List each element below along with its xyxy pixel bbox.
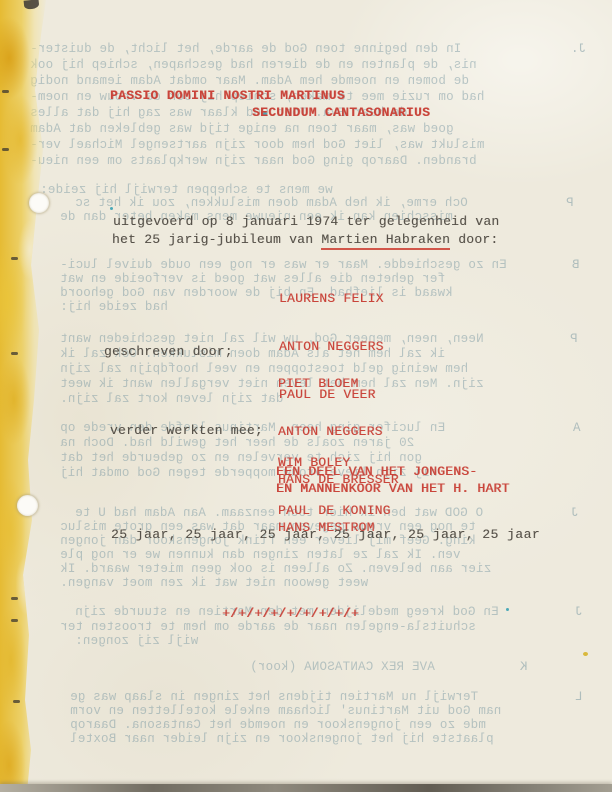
bleedthrough-line: goed was, maar toen na enige tijd was ge… <box>30 122 454 136</box>
bleedthrough-margin-letter: P <box>570 332 578 346</box>
bleedthrough-line: had zeide hij: <box>60 300 168 314</box>
punch-hole-bottom <box>17 495 38 516</box>
bleedthrough-margin-letter: P <box>566 196 574 210</box>
bleedthrough-line: de bomen en noemde hem Adam. Maar omdat … <box>30 74 469 88</box>
intro-line-2-suffix: door: <box>450 232 498 247</box>
bleedthrough-line: Terwijl nu Martien tijdens het zingen in… <box>70 690 478 704</box>
bleedthrough-line: mde zo een jongenskoor en noemde het Can… <box>70 718 486 732</box>
margin-dash-mark <box>2 148 9 151</box>
divider-line: +/+/+/+/+/+/+/+/+ <box>222 606 359 621</box>
margin-dash-mark <box>11 597 18 600</box>
bleedthrough-line: zijn. Men zal hem het leven niet vergall… <box>60 377 484 391</box>
scanned-page: In den beginne toen God de aarde, het li… <box>0 0 612 792</box>
bleedthrough-line: dat zijn leven kort zal zijn. <box>60 392 283 406</box>
bleedthrough-margin-letter: L <box>575 690 583 704</box>
bleedthrough-margin-letter: A <box>573 421 581 435</box>
margin-dash-mark <box>11 352 18 355</box>
choir-line-2: EN MANNENKOOR VAN HET H. HART <box>276 481 510 496</box>
bleedthrough-line: nam God uit Martinus' lichaam enkele kot… <box>70 704 501 718</box>
bleedthrough-margin-letter: K <box>520 660 528 674</box>
bleedthrough-line: kwaad is liefhad. En bij de woorden van … <box>60 286 453 300</box>
bleedthrough-line: we mens te scheppen terwijl hij zeide: <box>40 183 333 197</box>
punch-hole-top <box>29 193 49 213</box>
margin-dash-mark <box>2 90 9 93</box>
margin-dash-mark <box>13 700 20 703</box>
bleedthrough-line: fer geheten die alles wat goed is verfoe… <box>60 272 445 286</box>
choir-line-1: EEN DEEL VAN HET JONGENS- <box>276 464 477 479</box>
bleedthrough-line: wijl zij zongen: <box>75 634 198 648</box>
bleedthrough-line: mislukt was, liet God hem door zijn aart… <box>30 138 484 152</box>
intro-line-2-prefix: het 25 jarig-jubileum van <box>112 232 321 247</box>
margin-dash-mark <box>11 619 18 622</box>
jubilee-line: 25 jaar, 25 jaar, 25 jaar, 25 jaar, 25 j… <box>111 527 540 542</box>
contributors-label: verder werkten mee; <box>110 423 263 438</box>
bleedthrough-line: weet gewoon niet wat ik zen moet vangen. <box>60 576 368 590</box>
bleedthrough-margin-letter: B <box>572 258 580 272</box>
bleedthrough-line: Och erme, ik heb Adam doen mislukken, zo… <box>75 196 468 210</box>
ink-speck <box>583 652 588 656</box>
title-line-2: SECUNDUM CANTASONARIUS <box>252 105 430 120</box>
bleedthrough-margin-letter: J. <box>571 42 586 56</box>
bleedthrough-margin-letter: J <box>571 506 579 520</box>
bleedthrough-margin-letter: J <box>575 605 583 619</box>
jubilee-name: Martien Habraken <box>321 232 450 250</box>
writer-name: PIET BLOEM <box>278 376 399 392</box>
margin-dash-mark <box>11 257 18 260</box>
bleedthrough-line: schuitsla-engelen naar de aarde om hem t… <box>60 620 476 634</box>
bleedthrough-line: In den beginne toen God de aarde, het li… <box>30 42 461 56</box>
bleedthrough-line: zier aan beleven. Zo alleen is ook geen … <box>60 562 491 576</box>
ink-speck <box>110 207 113 210</box>
intro-line-1: uitgevoerd op 8 januari 1974 ter gelegen… <box>113 214 499 229</box>
bleedthrough-line: branden. Daarop ging God naar zijn werkp… <box>30 154 477 168</box>
scan-bottom-edge <box>0 784 612 792</box>
performer-name: LAURENS FELIX <box>279 291 384 307</box>
bleedthrough-line: ven. Ik zal ze laten zingen dan kunnen w… <box>60 548 460 562</box>
bleedthrough-line: AVE REX CANTASONA (koor) <box>250 660 435 674</box>
intro-line-2: het 25 jarig-jubileum van Martien Habrak… <box>112 232 498 247</box>
title-line-1: PASSIO DOMINI NOSTRI MARTINUS <box>110 88 345 103</box>
contributor-name: PAUL DE KONING <box>278 503 391 519</box>
bleedthrough-line: nis, de planten en de dieren had geschap… <box>30 58 477 72</box>
written-by-label: geschreven door; <box>104 344 233 359</box>
bleedthrough-line: hem weinig geld toestoppen en veel hoofd… <box>60 362 468 376</box>
ink-speck <box>506 608 509 611</box>
bleedthrough-line: plaatste hij het jongenskoor en zijn lei… <box>70 732 494 746</box>
